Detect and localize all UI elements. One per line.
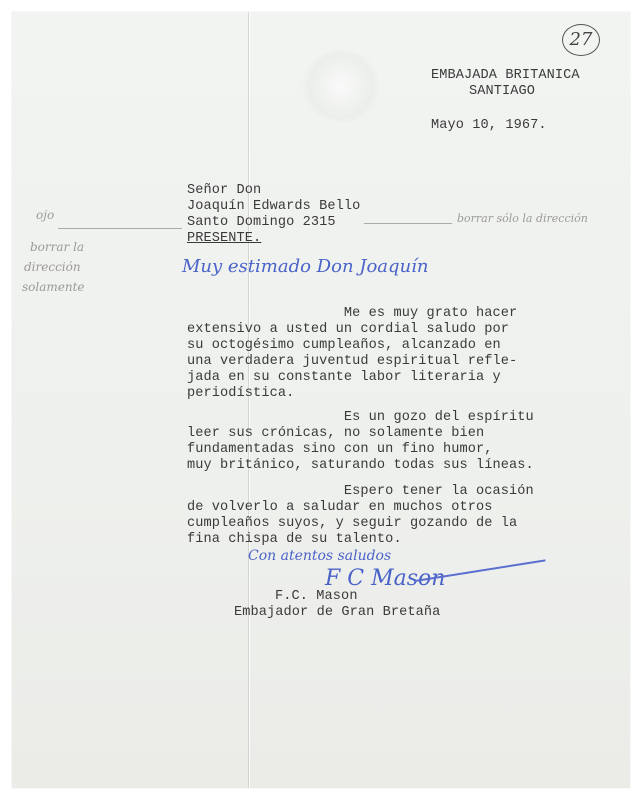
address-line-1: Señor Don [187,183,261,199]
signatory-name: F.C. Mason [275,589,358,605]
address-line-4: PRESENTE. [187,231,261,247]
annotation-arrow-right [364,223,452,224]
margin-note-ojo: ojo [36,208,54,222]
annotation-arrow-left [58,228,182,229]
letter-date: Mayo 10, 1967. [431,118,547,134]
letterhead-embassy: EMBAJADA BRITANICA [431,68,580,84]
handwritten-salutation: Muy estimado Don Joaquín [182,256,429,277]
letterhead-city: SANTIAGO [469,84,535,100]
address-line-2: Joaquín Edwards Bello [187,199,360,215]
embossed-seal-icon [302,50,380,122]
signatory-title: Embajador de Gran Bretaña [234,605,440,621]
margin-note-right: borrar sólo la dirección [457,212,588,225]
margin-note-line-2: borrar la [30,240,84,254]
margin-note-line-4: solamente [22,280,85,294]
margin-note-line-3: dirección [24,260,81,274]
handwritten-closing: Con atentos saludos [248,548,391,564]
archive-number: 27 [562,24,600,56]
address-line-3: Santo Domingo 2315 [187,215,336,231]
